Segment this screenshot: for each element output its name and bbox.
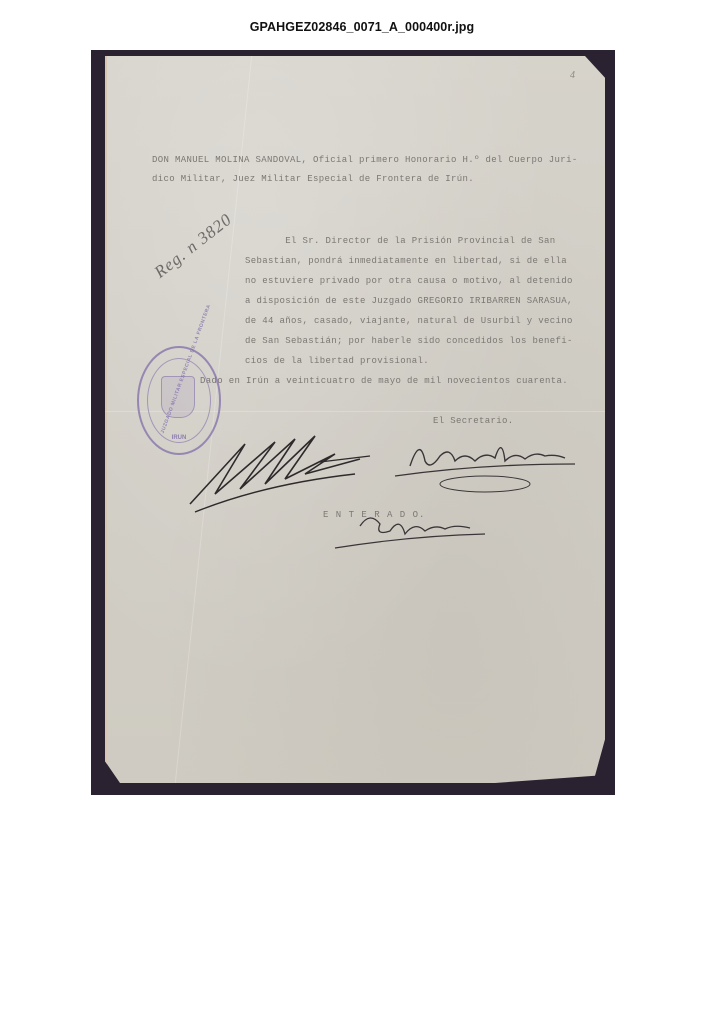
secretary-label: El Secretario. — [433, 416, 514, 426]
paper-edge — [91, 56, 107, 783]
date-line: Dado en Irún a veinticuatro de mayo de m… — [200, 376, 568, 386]
body-line-7: cios de la libertad provisional. — [245, 356, 429, 366]
body-line-4: a disposición de este Juzgado GREGORIO I… — [245, 296, 573, 306]
body-line-1: El Sr. Director de la Prisión Provincial… — [245, 236, 556, 246]
header-line-2: dico Militar, Juez Militar Especial de F… — [152, 174, 474, 184]
page-number: 4 — [570, 70, 575, 81]
detainee-signature — [330, 496, 500, 556]
handwritten-registration-note: Reg. n 3820 — [151, 210, 236, 283]
secretary-signature — [390, 426, 580, 496]
body-line-5: de 44 años, casado, viajante, natural de… — [245, 316, 573, 326]
body-line-6: de San Sebastián; por haberle sido conce… — [245, 336, 573, 346]
scan-frame: 4 DON MANUEL MOLINA SANDOVAL, Oficial pr… — [91, 50, 615, 795]
body-line-3: no estuviere privado por otra causa o mo… — [245, 276, 573, 286]
header-line-1: DON MANUEL MOLINA SANDOVAL, Oficial prim… — [152, 155, 578, 165]
document-page: 4 DON MANUEL MOLINA SANDOVAL, Oficial pr… — [105, 56, 605, 783]
file-title: GPAHGEZ02846_0071_A_000400r.jpg — [0, 20, 724, 34]
body-line-2: Sebastian, pondrá inmediatamente en libe… — [245, 256, 567, 266]
